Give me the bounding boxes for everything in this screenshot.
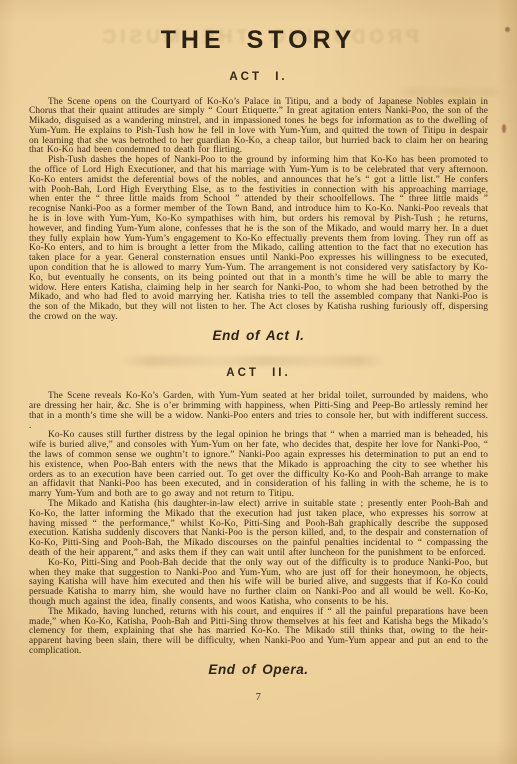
paper-stain-speck	[505, 27, 510, 32]
act1-paragraph-1: The Scene opens on the Courtyard of Ko-K…	[29, 98, 488, 157]
paper-stain-speck	[502, 124, 506, 133]
act2-paragraph-3: The Mikado and Katisha (his daughter-in-…	[29, 500, 488, 559]
act2-synopsis: The Scene reveals Ko-Ko’s Garden, with Y…	[29, 392, 488, 657]
page-number: 7	[29, 692, 488, 703]
act1-end-note: End of Act I.	[29, 329, 488, 344]
act2-paragraph-4: Ko-Ko, Pitti-Sing and Pooh-Bah decide th…	[29, 559, 488, 608]
page-title: THE STORY	[29, 28, 488, 53]
page-content: THE STORY ACT I. The Scene opens on the …	[29, 28, 488, 703]
act1-paragraph-2: Pish-Tush dashes the hopes of Nanki-Poo …	[29, 156, 488, 323]
scanned-book-page: { "page": { "title": "THE STORY", "page_…	[0, 0, 517, 764]
act2-paragraph-1: The Scene reveals Ko-Ko’s Garden, with Y…	[29, 392, 488, 431]
act2-heading: ACT II.	[29, 368, 488, 380]
act1-synopsis: The Scene opens on the Courtyard of Ko-K…	[29, 98, 488, 323]
act2-paragraph-2: Ko-Ko causes still further distress by t…	[29, 431, 488, 500]
act1-heading: ACT I.	[29, 72, 488, 84]
opera-end-note: End of Opera.	[29, 663, 488, 678]
act2-paragraph-5: The Mikado, having lunched, returns with…	[29, 608, 488, 657]
